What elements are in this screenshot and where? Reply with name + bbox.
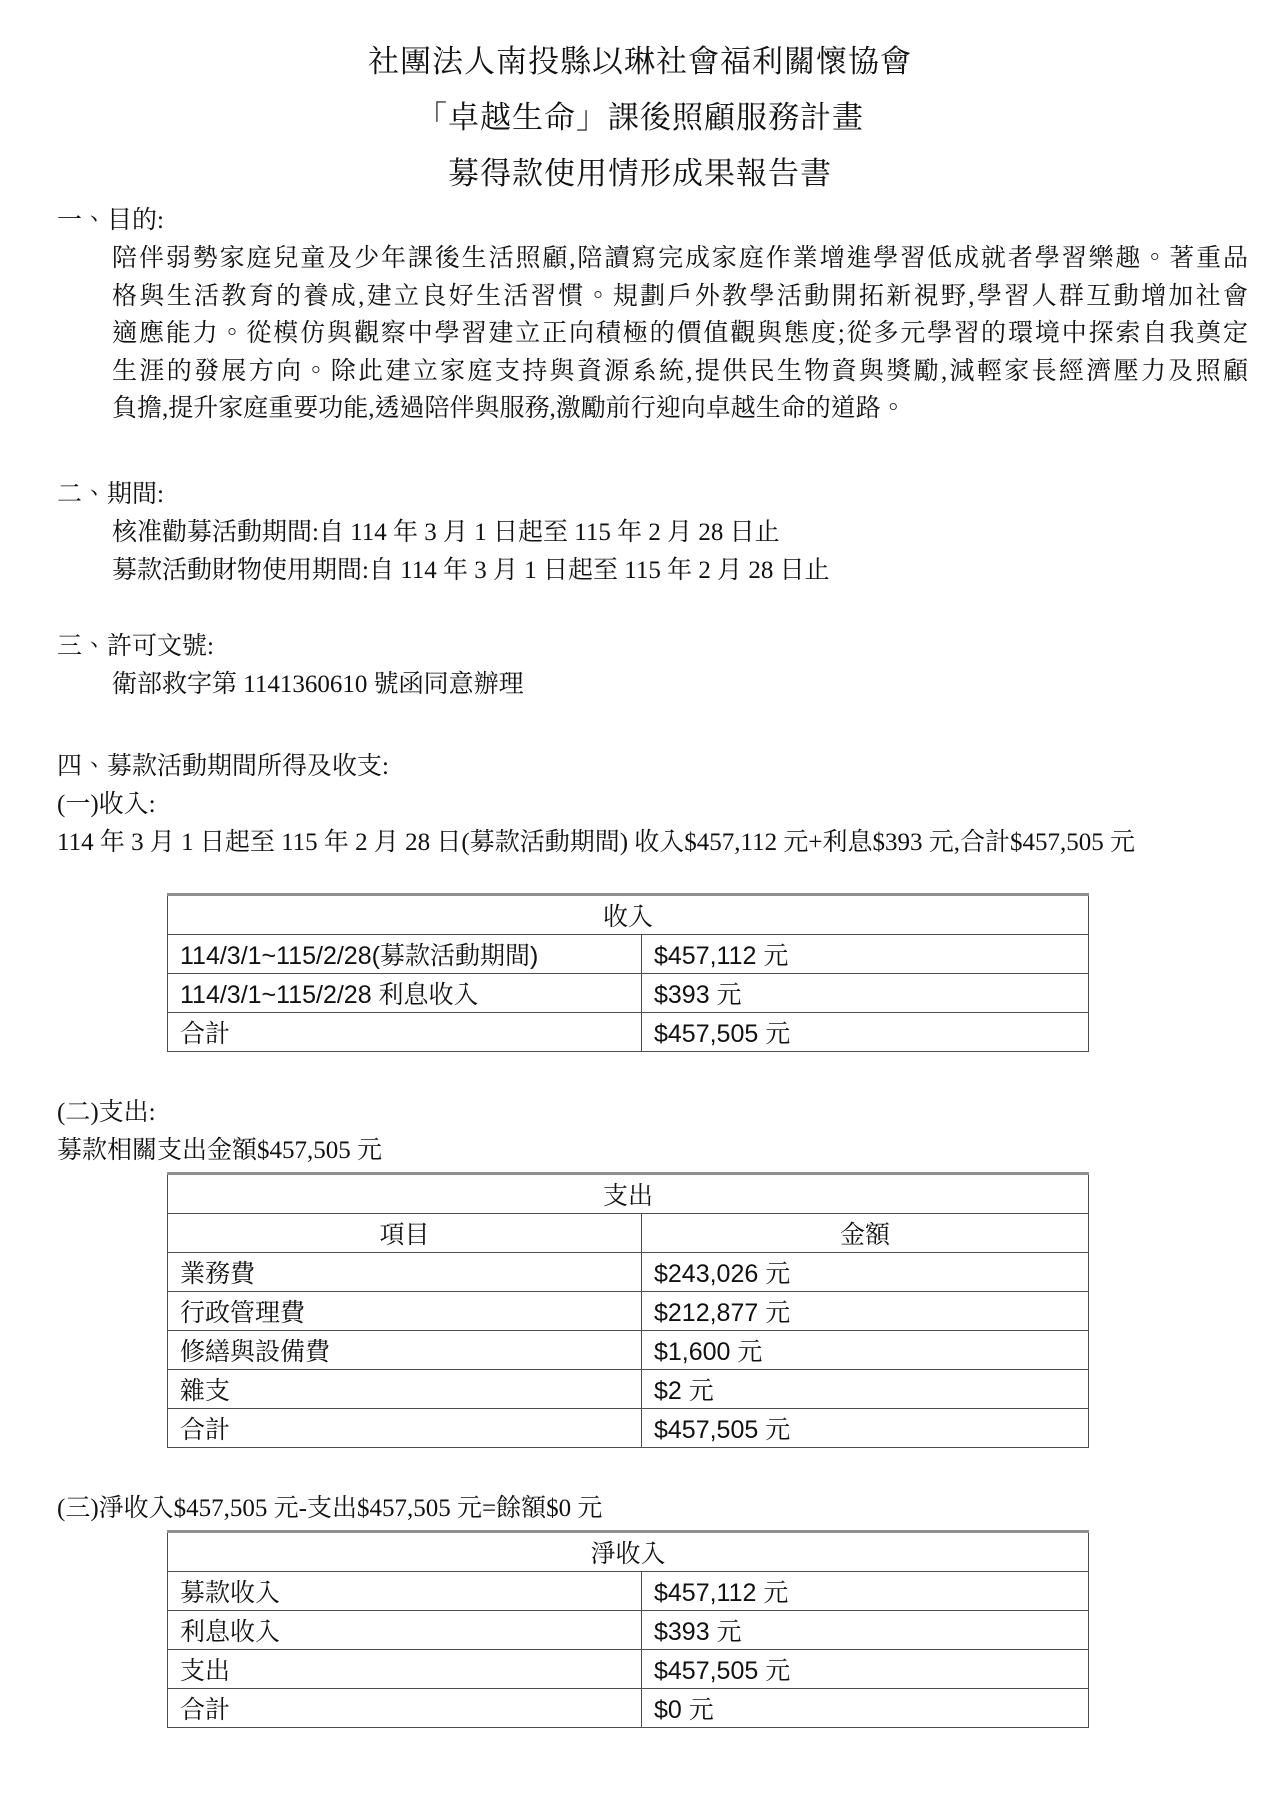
table-row: 114/3/1~115/2/28 利息收入 $393 元 bbox=[168, 973, 1089, 1012]
item-cell: 業務費 bbox=[168, 1252, 642, 1291]
amount-cell: $212,877 元 bbox=[642, 1291, 1089, 1330]
purpose-paragraph-line: 生涯的發展方向。除此建立家庭支持與資源系統,提供民生物資與獎勵,減輕家長經濟壓力… bbox=[112, 353, 1248, 391]
item-cell: 行政管理費 bbox=[168, 1291, 642, 1330]
expense-table-title: 支出 bbox=[168, 1173, 1089, 1213]
item-cell: 修繕與設備費 bbox=[168, 1330, 642, 1369]
net-income-table-title-row: 淨收入 bbox=[168, 1531, 1089, 1571]
table-row: 合計 $0 元 bbox=[168, 1688, 1089, 1727]
table-row: 雜支 $2 元 bbox=[168, 1369, 1089, 1408]
table-row: 利息收入 $393 元 bbox=[168, 1610, 1089, 1649]
item-cell: 合計 bbox=[168, 1012, 642, 1051]
item-cell: 合計 bbox=[168, 1688, 642, 1727]
table-row: 合計 $457,505 元 bbox=[168, 1408, 1089, 1447]
income-table-title-row: 收入 bbox=[168, 894, 1089, 934]
amount-cell: $457,505 元 bbox=[642, 1408, 1089, 1447]
income-label: (一)收入: bbox=[57, 786, 1280, 824]
income-table-title: 收入 bbox=[168, 894, 1089, 934]
section-permit: 三、許可文號: 衛部救字第 1141360610 號函同意辦理 bbox=[0, 628, 1280, 704]
column-header-item: 項目 bbox=[168, 1213, 642, 1252]
purpose-paragraph-line: 陪伴弱勢家庭兒童及少年課後生活照顧,陪讀寫完成家庭作業增進學習低成就者學習樂趣。… bbox=[112, 240, 1248, 278]
table-row: 業務費 $243,026 元 bbox=[168, 1252, 1089, 1291]
expense-label: (二)支出: bbox=[57, 1094, 1280, 1132]
net-income-block: (三)淨收入$457,505 元-支出$457,505 元=餘額$0 元 淨收入… bbox=[0, 1490, 1280, 1728]
purpose-paragraph: 陪伴弱勢家庭兒童及少年課後生活照顧,陪讀寫完成家庭作業增進學習低成就者學習樂趣。… bbox=[112, 240, 1248, 428]
amount-cell: $2 元 bbox=[642, 1369, 1089, 1408]
section-finance: 四、募款活動期間所得及收支: (一)收入: 114 年 3 月 1 日起至 11… bbox=[0, 748, 1280, 1728]
purpose-paragraph-line: 負擔,提升家庭重要功能,透過陪伴與服務,激勵前行迎向卓越生命的道路。 bbox=[112, 390, 1248, 428]
amount-cell: $1,600 元 bbox=[642, 1330, 1089, 1369]
amount-cell: $457,112 元 bbox=[642, 1571, 1089, 1610]
expense-table-title-row: 支出 bbox=[168, 1173, 1089, 1213]
amount-cell: $457,505 元 bbox=[642, 1649, 1089, 1688]
column-header-amount: 金額 bbox=[642, 1213, 1089, 1252]
amount-cell: $457,112 元 bbox=[642, 934, 1089, 973]
amount-cell: $393 元 bbox=[642, 1610, 1089, 1649]
purpose-paragraph-line: 格與生活教育的養成,建立良好生活習慣。規劃戶外教學活動開拓新視野,學習人群互動增… bbox=[112, 278, 1248, 316]
item-cell: 利息收入 bbox=[168, 1610, 642, 1649]
item-cell: 114/3/1~115/2/28 利息收入 bbox=[168, 973, 642, 1012]
table-row: 支出 $457,505 元 bbox=[168, 1649, 1089, 1688]
purpose-paragraph-line: 適應能力。從模仿與觀察中學習建立正向積極的價值觀與態度;從多元學習的環境中探索自… bbox=[112, 315, 1248, 353]
item-cell: 雜支 bbox=[168, 1369, 642, 1408]
section-period: 二、期間: 核准勸募活動期間:自 114 年 3 月 1 日起至 115 年 2… bbox=[0, 476, 1280, 590]
net-income-label: (三)淨收入$457,505 元-支出$457,505 元=餘額$0 元 bbox=[57, 1490, 1280, 1528]
item-cell: 支出 bbox=[168, 1649, 642, 1688]
net-income-table-title: 淨收入 bbox=[168, 1531, 1089, 1571]
item-cell: 募款收入 bbox=[168, 1571, 642, 1610]
item-cell: 114/3/1~115/2/28(募款活動期間) bbox=[168, 934, 642, 973]
purpose-heading: 一、目的: bbox=[57, 202, 1280, 240]
amount-cell: $0 元 bbox=[642, 1688, 1089, 1727]
income-table: 收入 114/3/1~115/2/28(募款活動期間) $457,112 元 1… bbox=[167, 893, 1089, 1052]
finance-heading: 四、募款活動期間所得及收支: bbox=[57, 748, 1280, 786]
amount-cell: $457,505 元 bbox=[642, 1012, 1089, 1051]
permit-number-line: 衛部救字第 1141360610 號函同意辦理 bbox=[112, 666, 1280, 704]
period-approved-range: 核准勸募活動期間:自 114 年 3 月 1 日起至 115 年 2 月 28 … bbox=[112, 514, 1280, 552]
document-title-block: 社團法人南投縣以琳社會福利關懷協會 「卓越生命」課後照顧服務計畫 募得款使用情形… bbox=[0, 34, 1280, 202]
expense-summary: 募款相關支出金額$457,505 元 bbox=[57, 1132, 1280, 1170]
income-block: (一)收入: 114 年 3 月 1 日起至 115 年 2 月 28 日(募款… bbox=[0, 786, 1280, 1052]
expense-table: 支出 項目 金額 業務費 $243,026 元 行政管理費 $212,877 元 bbox=[167, 1172, 1089, 1448]
table-row: 合計 $457,505 元 bbox=[168, 1012, 1089, 1051]
expense-table-header-row: 項目 金額 bbox=[168, 1213, 1089, 1252]
section-purpose: 一、目的: 陪伴弱勢家庭兒童及少年課後生活照顧,陪讀寫完成家庭作業增進學習低成就… bbox=[0, 202, 1280, 428]
table-row: 行政管理費 $212,877 元 bbox=[168, 1291, 1089, 1330]
amount-cell: $243,026 元 bbox=[642, 1252, 1089, 1291]
table-row: 募款收入 $457,112 元 bbox=[168, 1571, 1089, 1610]
document-page: 社團法人南投縣以琳社會福利關懷協會 「卓越生命」課後照顧服務計畫 募得款使用情形… bbox=[0, 0, 1280, 1813]
table-row: 修繕與設備費 $1,600 元 bbox=[168, 1330, 1089, 1369]
permit-heading: 三、許可文號: bbox=[57, 628, 1280, 666]
page-title-line-3: 募得款使用情形成果報告書 bbox=[0, 146, 1280, 202]
period-heading: 二、期間: bbox=[57, 476, 1280, 514]
income-summary: 114 年 3 月 1 日起至 115 年 2 月 28 日(募款活動期間) 收… bbox=[57, 824, 1280, 862]
item-cell: 合計 bbox=[168, 1408, 642, 1447]
page-title-line-2: 「卓越生命」課後照顧服務計畫 bbox=[0, 90, 1280, 146]
net-income-table: 淨收入 募款收入 $457,112 元 利息收入 $393 元 支出 $457,… bbox=[167, 1530, 1089, 1728]
amount-cell: $393 元 bbox=[642, 973, 1089, 1012]
page-title-line-1: 社團法人南投縣以琳社會福利關懷協會 bbox=[0, 34, 1280, 90]
period-usage-range: 募款活動財物使用期間:自 114 年 3 月 1 日起至 115 年 2 月 2… bbox=[112, 552, 1280, 590]
expense-block: (二)支出: 募款相關支出金額$457,505 元 支出 項目 金額 業務費 bbox=[0, 1094, 1280, 1448]
table-row: 114/3/1~115/2/28(募款活動期間) $457,112 元 bbox=[168, 934, 1089, 973]
